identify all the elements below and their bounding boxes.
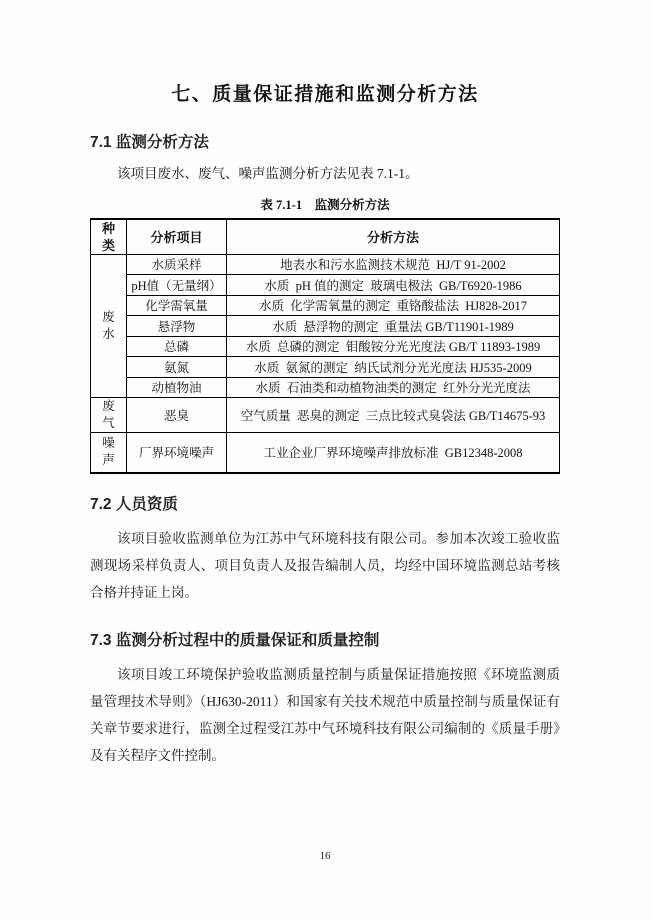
- table-cell-item: 总磷: [127, 336, 227, 357]
- table-row: 动植物油水质 石油类和动植物油类的测定 红外分光光度法: [91, 377, 560, 398]
- table-cell-item: 氨氮: [127, 357, 227, 378]
- table-cell-item: 恶臭: [127, 398, 227, 433]
- table-caption: 表 7.1-1 监测分析方法: [90, 197, 560, 213]
- section-7-2-paragraph: 该项目验收监测单位为江苏中气环境科技有限公司。参加本次竣工验收监测现场采样负责人…: [90, 525, 560, 606]
- table-cell-method: 水质 石油类和动植物油类的测定 红外分光光度法: [227, 377, 560, 398]
- table-row: 悬浮物水质 悬浮物的测定 重量法 GB/T11901-1989: [91, 316, 560, 337]
- table-cell-method: 水质 氨氮的测定 纳氏试剂分光光度法 HJ535-2009: [227, 357, 560, 378]
- table-cell-item: 水质采样: [127, 254, 227, 275]
- table-header-method: 分析方法: [227, 219, 560, 255]
- document-page: 七、质量保证措施和监测分析方法 7.1 监测分析方法 该项目废水、废气、噪声监测…: [0, 0, 650, 919]
- table-cell-method: 工业企业厂界环境噪声排放标准 GB12348-2008: [227, 433, 560, 473]
- table-cell-method: 水质 pH 值的测定 玻璃电极法 GB/T6920-1986: [227, 275, 560, 296]
- analysis-table: 种 类 分析项目 分析方法 废 水水质采样地表水和污水监测技术规范 HJ/T 9…: [90, 218, 560, 474]
- table-row: 噪 声厂界环境噪声工业企业厂界环境噪声排放标准 GB12348-2008: [91, 433, 560, 473]
- section-7-1-intro: 该项目废水、废气、噪声监测分析方法见表 7.1-1。: [90, 165, 560, 183]
- table-header-row: 种 类 分析项目 分析方法: [91, 219, 560, 255]
- table-cell-method: 水质 化学需氧量的测定 重铬酸盐法 HJ828-2017: [227, 295, 560, 316]
- table-cell-method: 水质 悬浮物的测定 重量法 GB/T11901-1989: [227, 316, 560, 337]
- table-cell-category: 废 水: [91, 254, 127, 398]
- page-number: 16: [0, 850, 650, 862]
- table-row: 总磷水质 总磷的测定 钼酸铵分光光度法 GB/T 11893-1989: [91, 336, 560, 357]
- table-cell-item: 化学需氧量: [127, 295, 227, 316]
- document-title: 七、质量保证措施和监测分析方法: [90, 82, 560, 108]
- section-heading-7-3: 7.3 监测分析过程中的质量保证和质量控制: [90, 631, 560, 651]
- table-row: 废 气恶臭空气质量 恶臭的测定 三点比较式臭袋法 GB/T14675-93: [91, 398, 560, 433]
- table-cell-category: 噪 声: [91, 433, 127, 473]
- page-content: 七、质量保证措施和监测分析方法 7.1 监测分析方法 该项目废水、废气、噪声监测…: [90, 0, 560, 769]
- section-heading-7-1: 7.1 监测分析方法: [90, 133, 560, 153]
- table-cell-method: 地表水和污水监测技术规范 HJ/T 91-2002: [227, 254, 560, 275]
- table-cell-item: pH值（无量纲）: [127, 275, 227, 296]
- table-row: 氨氮水质 氨氮的测定 纳氏试剂分光光度法 HJ535-2009: [91, 357, 560, 378]
- table-cell-method: 空气质量 恶臭的测定 三点比较式臭袋法 GB/T14675-93: [227, 398, 560, 433]
- table-cell-item: 动植物油: [127, 377, 227, 398]
- table-cell-method: 水质 总磷的测定 钼酸铵分光光度法 GB/T 11893-1989: [227, 336, 560, 357]
- table-row: 废 水水质采样地表水和污水监测技术规范 HJ/T 91-2002: [91, 254, 560, 275]
- table-body: 废 水水质采样地表水和污水监测技术规范 HJ/T 91-2002pH值（无量纲）…: [91, 254, 560, 473]
- table-row: pH值（无量纲）水质 pH 值的测定 玻璃电极法 GB/T6920-1986: [91, 275, 560, 296]
- table-cell-item: 厂界环境噪声: [127, 433, 227, 473]
- table-header-category: 种 类: [91, 219, 127, 255]
- table-cell-item: 悬浮物: [127, 316, 227, 337]
- section-heading-7-2: 7.2 人员资质: [90, 495, 560, 515]
- section-7-3-paragraph: 该项目竣工环境保护验收监测质量控制与质量保证措施按照《环境监测质量管理技术导则》…: [90, 661, 560, 769]
- table-cell-category: 废 气: [91, 398, 127, 433]
- table-header-item: 分析项目: [127, 219, 227, 255]
- table-row: 化学需氧量水质 化学需氧量的测定 重铬酸盐法 HJ828-2017: [91, 295, 560, 316]
